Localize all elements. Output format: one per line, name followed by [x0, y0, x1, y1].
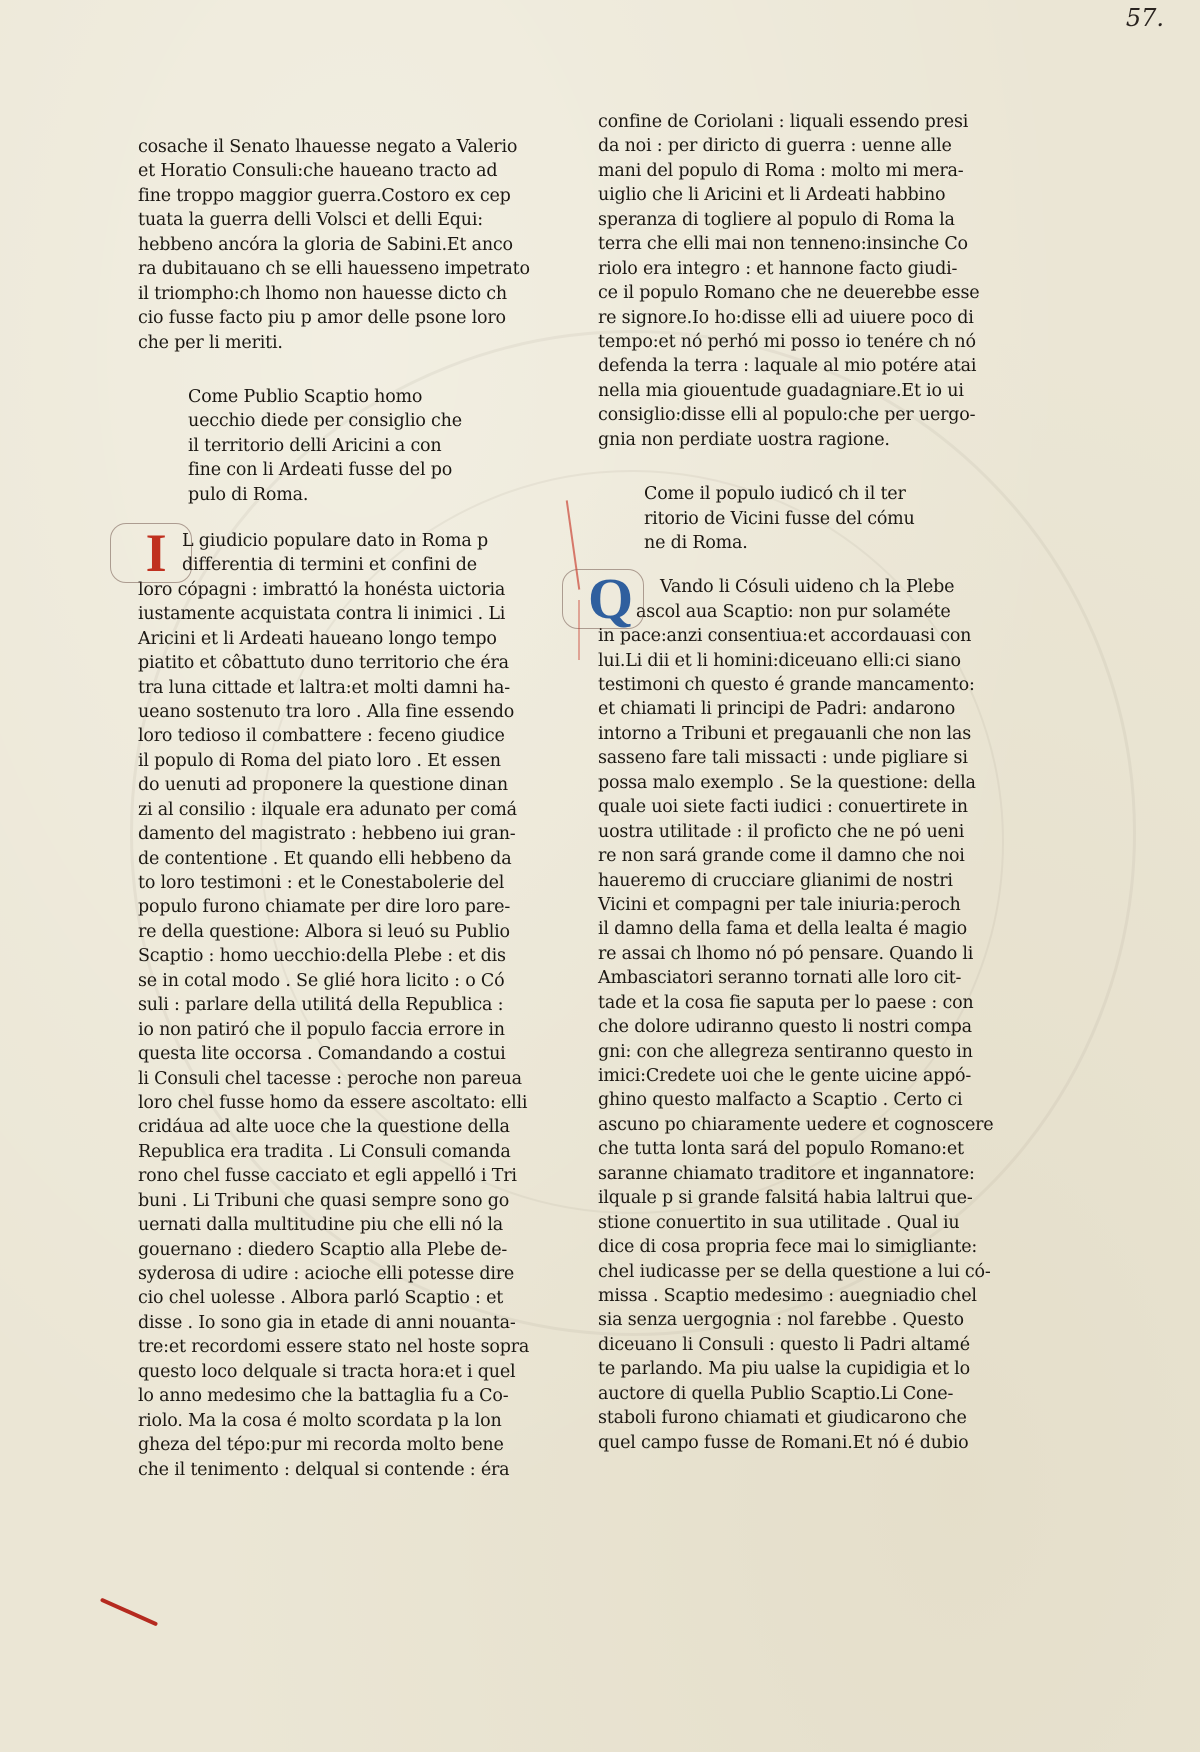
text-line: re della questione: Albora si leuó su Pu…: [138, 920, 518, 944]
text-line: suli : parlare della utilitá della Repub…: [138, 993, 518, 1017]
text-line: speranza di togliere al populo di Roma l…: [598, 208, 978, 232]
left-intro-paragraph: cosache il Senato lhauesse negato a Vale…: [138, 135, 518, 355]
text-line: lui.Li dii et li homini:diceuano elli:ci…: [598, 649, 978, 673]
text-line: Republica era tradita . Li Consuli coman…: [138, 1140, 518, 1164]
text-line: loro cópagni : imbrattó la honésta uicto…: [138, 578, 518, 602]
text-line: che tutta lonta sará del populo Romano:e…: [598, 1137, 978, 1161]
text-line: hebbeno ancóra la gloria de Sabini.Et an…: [138, 233, 518, 257]
text-line: et chiamati li principi de Padri: andaro…: [598, 697, 978, 721]
text-line: Ambasciatori seranno tornati alle loro c…: [598, 966, 978, 990]
text-line: ra dubitauano ch se elli hauesseno impet…: [138, 257, 518, 281]
text-line: ilquale p si grande falsitá habia laltru…: [598, 1186, 978, 1210]
text-line: imici:Credete uoi che le gente uicine ap…: [598, 1064, 978, 1088]
text-line: ce il populo Romano che ne deuerebbe ess…: [598, 281, 978, 305]
text-line: re non sará grande come il damno che noi: [598, 844, 978, 868]
text-line: re assai ch lhomo nó pó pensare. Quando …: [598, 942, 978, 966]
text-line: syderosa di udire : acioche elli potesse…: [138, 1262, 518, 1286]
left-body-paragraph: I L giudicio populare dato in Roma p dif…: [138, 529, 518, 1482]
right-intro-paragraph: confine de Coriolani : liquali essendo p…: [598, 110, 978, 452]
red-margin-line-icon: [578, 600, 580, 660]
text-line: disse . Io sono gia in etade di anni nou…: [138, 1311, 518, 1335]
text-line: io non patiró che il populo faccia error…: [138, 1018, 518, 1042]
flourish-ornament-icon: [562, 569, 644, 629]
text-line: quale uoi siete facti iudici : conuertir…: [598, 795, 978, 819]
text-line: staboli furono chiamati et giudicarono c…: [598, 1406, 978, 1430]
text-line: il populo di Roma del piato loro . Et es…: [138, 749, 518, 773]
text-line: defenda la terra : laquale al mio potére…: [598, 354, 978, 378]
heading-line: il territorio delli Aricini a con: [188, 434, 518, 458]
text-line: ascol aua Scaptio: non pur solaméte: [598, 600, 978, 624]
text-line: de contentione . Et quando elli hebbeno …: [138, 847, 518, 871]
text-line: tre:et recordomi essere stato nel hoste …: [138, 1335, 518, 1359]
text-line: questo loco delquale si tracta hora:et i…: [138, 1360, 518, 1384]
heading-line: ne di Roma.: [644, 531, 978, 555]
text-line: iustamente acquistata contra li inimici …: [138, 602, 518, 626]
heading-line: ritorio de Vicini fusse del cómu: [644, 507, 978, 531]
text-line: il triompho:ch lhomo non hauesse dicto c…: [138, 282, 518, 306]
right-column: confine de Coriolani : liquali essendo p…: [598, 110, 978, 1455]
text-line: Vando li Cósuli uideno ch la Plebe: [598, 575, 978, 599]
text-line: haueremo di crucciare glianimi de nostri: [598, 869, 978, 893]
text-line: il damno della fama et della lealta é ma…: [598, 917, 978, 941]
text-line: riolo era integro : et hannone facto giu…: [598, 257, 978, 281]
text-line: L giudicio populare dato in Roma p: [138, 529, 518, 553]
text-line: gni: con che allegreza sentiranno questo…: [598, 1040, 978, 1064]
illuminated-initial-i: I: [136, 531, 176, 575]
text-line: missa . Scaptio medesimo : auegniadio ch…: [598, 1284, 978, 1308]
text-line: sasseno fare tali missacti : unde piglia…: [598, 746, 978, 770]
text-line: che per li meriti.: [138, 331, 518, 355]
text-line: nella mia giouentude guadagniare.Et io u…: [598, 379, 978, 403]
text-line: buni . Li Tribuni che quasi sempre sono …: [138, 1189, 518, 1213]
text-line: intorno a Tribuni et pregauanli che non …: [598, 722, 978, 746]
text-line: uostra utilitade : il proficto che ne pó…: [598, 820, 978, 844]
text-line: mani del populo di Roma : molto mi mera-: [598, 159, 978, 183]
text-line: diceuano li Consuli : questo li Padri al…: [598, 1333, 978, 1357]
chapter-heading-right: Come il populo iudicó ch il ter ritorio …: [644, 482, 978, 555]
text-line: gouernano : diedero Scaptio alla Plebe d…: [138, 1238, 518, 1262]
text-line: tuata la guerra delli Volsci et delli Eq…: [138, 208, 518, 232]
text-line: gheza del tépo:pur mi recorda molto bene: [138, 1433, 518, 1457]
text-line: fine troppo maggior guerra.Costoro ex ce…: [138, 184, 518, 208]
heading-line: Come Publio Scaptio homo: [188, 385, 518, 409]
heading-line: fine con li Ardeati fusse del po: [188, 458, 518, 482]
text-line: uiglio che li Aricini et li Ardeati habb…: [598, 183, 978, 207]
text-line: loro tedioso il combattere : feceno giud…: [138, 724, 518, 748]
text-line: lo anno medesimo che la battaglia fu a C…: [138, 1384, 518, 1408]
text-line: rono chel fusse cacciato et egli appelló…: [138, 1164, 518, 1188]
text-line: differentia di termini et confini de: [138, 553, 518, 577]
text-line: populo furono chiamate per dire loro par…: [138, 895, 518, 919]
text-line: cio fusse facto piu p amor delle psone l…: [138, 306, 518, 330]
text-line: in pace:anzi consentiua:et accordauasi c…: [598, 624, 978, 648]
text-line: uernati dalla multitudine piu che elli n…: [138, 1213, 518, 1237]
text-line: terra che elli mai non tenneno:insinche …: [598, 232, 978, 256]
text-line: li Consuli chel tacesse : peroche non pa…: [138, 1067, 518, 1091]
text-line: zi al consilio : ilquale era adunato per…: [138, 798, 518, 822]
text-line: re signore.Io ho:disse elli ad uiuere po…: [598, 306, 978, 330]
text-line: che il tenimento : delqual si contende :…: [138, 1458, 518, 1482]
text-line: riolo. Ma la cosa é molto scordata p la …: [138, 1409, 518, 1433]
text-line: to loro testimoni : et le Conestabolerie…: [138, 871, 518, 895]
text-line: Vicini et compagni per tale iniuria:pero…: [598, 893, 978, 917]
text-line: tempo:et nó perhó mi posso io tenére ch …: [598, 330, 978, 354]
text-line: ascuno po chiaramente uedere et cognosce…: [598, 1113, 978, 1137]
text-line: tade et la cosa fie saputa per lo paese …: [598, 991, 978, 1015]
text-line: damento del magistrato : hebbeno iui gra…: [138, 822, 518, 846]
text-line: ueano sostenuto tra loro . Alla fine ess…: [138, 700, 518, 724]
heading-line: pulo di Roma.: [188, 483, 518, 507]
heading-line: Come il populo iudicó ch il ter: [644, 482, 978, 506]
text-line: se in cotal modo . Se glié hora licito :…: [138, 969, 518, 993]
text-line: consiglio:disse elli al populo:che per u…: [598, 403, 978, 427]
text-line: do uenuti ad proponere la questione dina…: [138, 773, 518, 797]
text-line: tra luna cittade et laltra:et molti damn…: [138, 676, 518, 700]
text-line: piatito et côbattuto duno territorio che…: [138, 651, 518, 675]
text-line: possa malo exemplo . Se la questione: de…: [598, 771, 978, 795]
flourish-ornament-icon: [110, 523, 192, 583]
text-line: sia senza uergognia : nol farebbe . Ques…: [598, 1308, 978, 1332]
left-column: cosache il Senato lhauesse negato a Vale…: [138, 135, 518, 1482]
text-line: che dolore udiranno questo li nostri com…: [598, 1015, 978, 1039]
heading-line: uecchio diede per consiglio che: [188, 409, 518, 433]
illuminated-initial-q: Q: [588, 577, 628, 621]
text-line: quel campo fusse de Romani.Et nó é dubio: [598, 1431, 978, 1455]
right-body-paragraph: Q Vando li Cósuli uideno ch la Plebe asc…: [598, 575, 978, 1455]
text-line: te parlando. Ma piu ualse la cupidigia e…: [598, 1357, 978, 1381]
text-line: stione conuertito in sua utilitade . Qua…: [598, 1211, 978, 1235]
text-line: testimoni ch questo é grande mancamento:: [598, 673, 978, 697]
text-line: gnia non perdiate uostra ragione.: [598, 428, 978, 452]
text-line: chel iudicasse per se della questione a …: [598, 1260, 978, 1284]
text-line: loro chel fusse homo da essere ascoltato…: [138, 1091, 518, 1115]
text-line: da noi : per diricto di guerra : uenne a…: [598, 134, 978, 158]
text-line: dice di cosa propria fece mai lo simigli…: [598, 1235, 978, 1259]
text-line: cio chel uolesse . Albora parló Scaptio …: [138, 1286, 518, 1310]
text-line: saranne chiamato traditore et ingannator…: [598, 1162, 978, 1186]
text-line: Aricini et li Ardeati haueano longo temp…: [138, 627, 518, 651]
page-number: 57.: [1126, 4, 1164, 32]
text-line: confine de Coriolani : liquali essendo p…: [598, 110, 978, 134]
text-line: cridáua ad alte uoce che la questione de…: [138, 1115, 518, 1139]
chapter-heading-left: Come Publio Scaptio homo uecchio diede p…: [188, 385, 518, 507]
text-line: ghino questo malfacto a Scaptio . Certo …: [598, 1088, 978, 1112]
text-line: cosache il Senato lhauesse negato a Vale…: [138, 135, 518, 159]
text-line: et Horatio Consuli:che haueano tracto ad: [138, 159, 518, 183]
text-line: questa lite occorsa . Comandando a costu…: [138, 1042, 518, 1066]
text-line: Scaptio : homo uecchio:della Plebe : et …: [138, 944, 518, 968]
text-line: auctore di quella Publio Scaptio.Li Cone…: [598, 1382, 978, 1406]
